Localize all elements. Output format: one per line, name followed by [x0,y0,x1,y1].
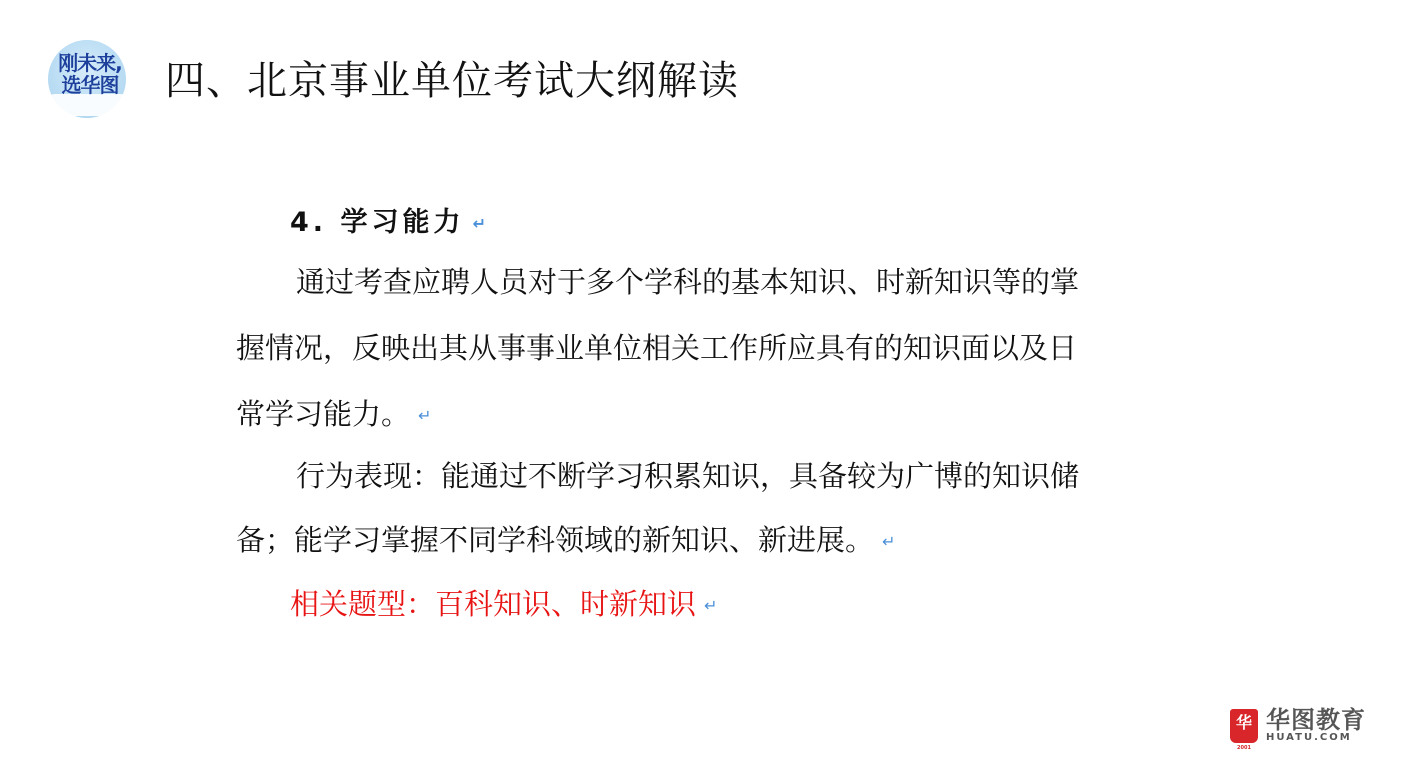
section-heading-text: 4. 学习能力 [290,207,464,238]
related-question-types-text: 相关题型：百科知识、时新知识 [290,587,696,621]
section-heading: 4. 学习能力↵ [290,203,490,244]
paragraph1-line2: 握情况，反映出其从事事业单位相关工作所应具有的知识面以及日 [236,328,1077,368]
paragraph2-line2-text: 备；能学习掌握不同学科领域的新知识、新进展。 [236,523,874,557]
logo-cloud [44,94,132,116]
since-text: SINCE 2001 [1230,739,1258,751]
paragraph-mark-icon: ↵ [472,214,489,233]
brand-name: 华图教育 HUATU.COM [1266,708,1366,744]
page-title: 四、北京事业单位考试大纲解读 [165,56,739,106]
paragraph-mark-icon: ↵ [704,596,717,615]
huatu-badge-icon: 华 SINCE 2001 [1230,709,1258,743]
paragraph1-line3: 常学习能力。↵ [236,394,431,436]
huatu-brand-logo: 华 SINCE 2001 华图教育 HUATU.COM [1230,708,1366,744]
paragraph1-line3-text: 常学习能力。 [236,397,410,431]
logo: 刚未来, 选华图 [44,40,132,118]
paragraph-mark-icon: ↵ [882,532,895,551]
brand-name-cn: 华图教育 [1266,708,1366,732]
logo-text-line1: 刚未来, [50,52,130,74]
logo-text-line2: 选华图 [50,74,130,96]
paragraph2-line1: 行为表现：能通过不断学习积累知识，具备较为广博的知识储 [296,456,1079,496]
paragraph1-line1: 通过考查应聘人员对于多个学科的基本知识、时新知识等的掌 [296,262,1079,302]
paragraph-mark-icon: ↵ [418,406,431,425]
huatu-badge-glyph: 华 [1236,713,1252,732]
brand-name-en: HUATU.COM [1266,732,1366,744]
related-question-types: 相关题型：百科知识、时新知识↵ [290,584,717,626]
paragraph2-line2: 备；能学习掌握不同学科领域的新知识、新进展。↵ [236,520,895,562]
